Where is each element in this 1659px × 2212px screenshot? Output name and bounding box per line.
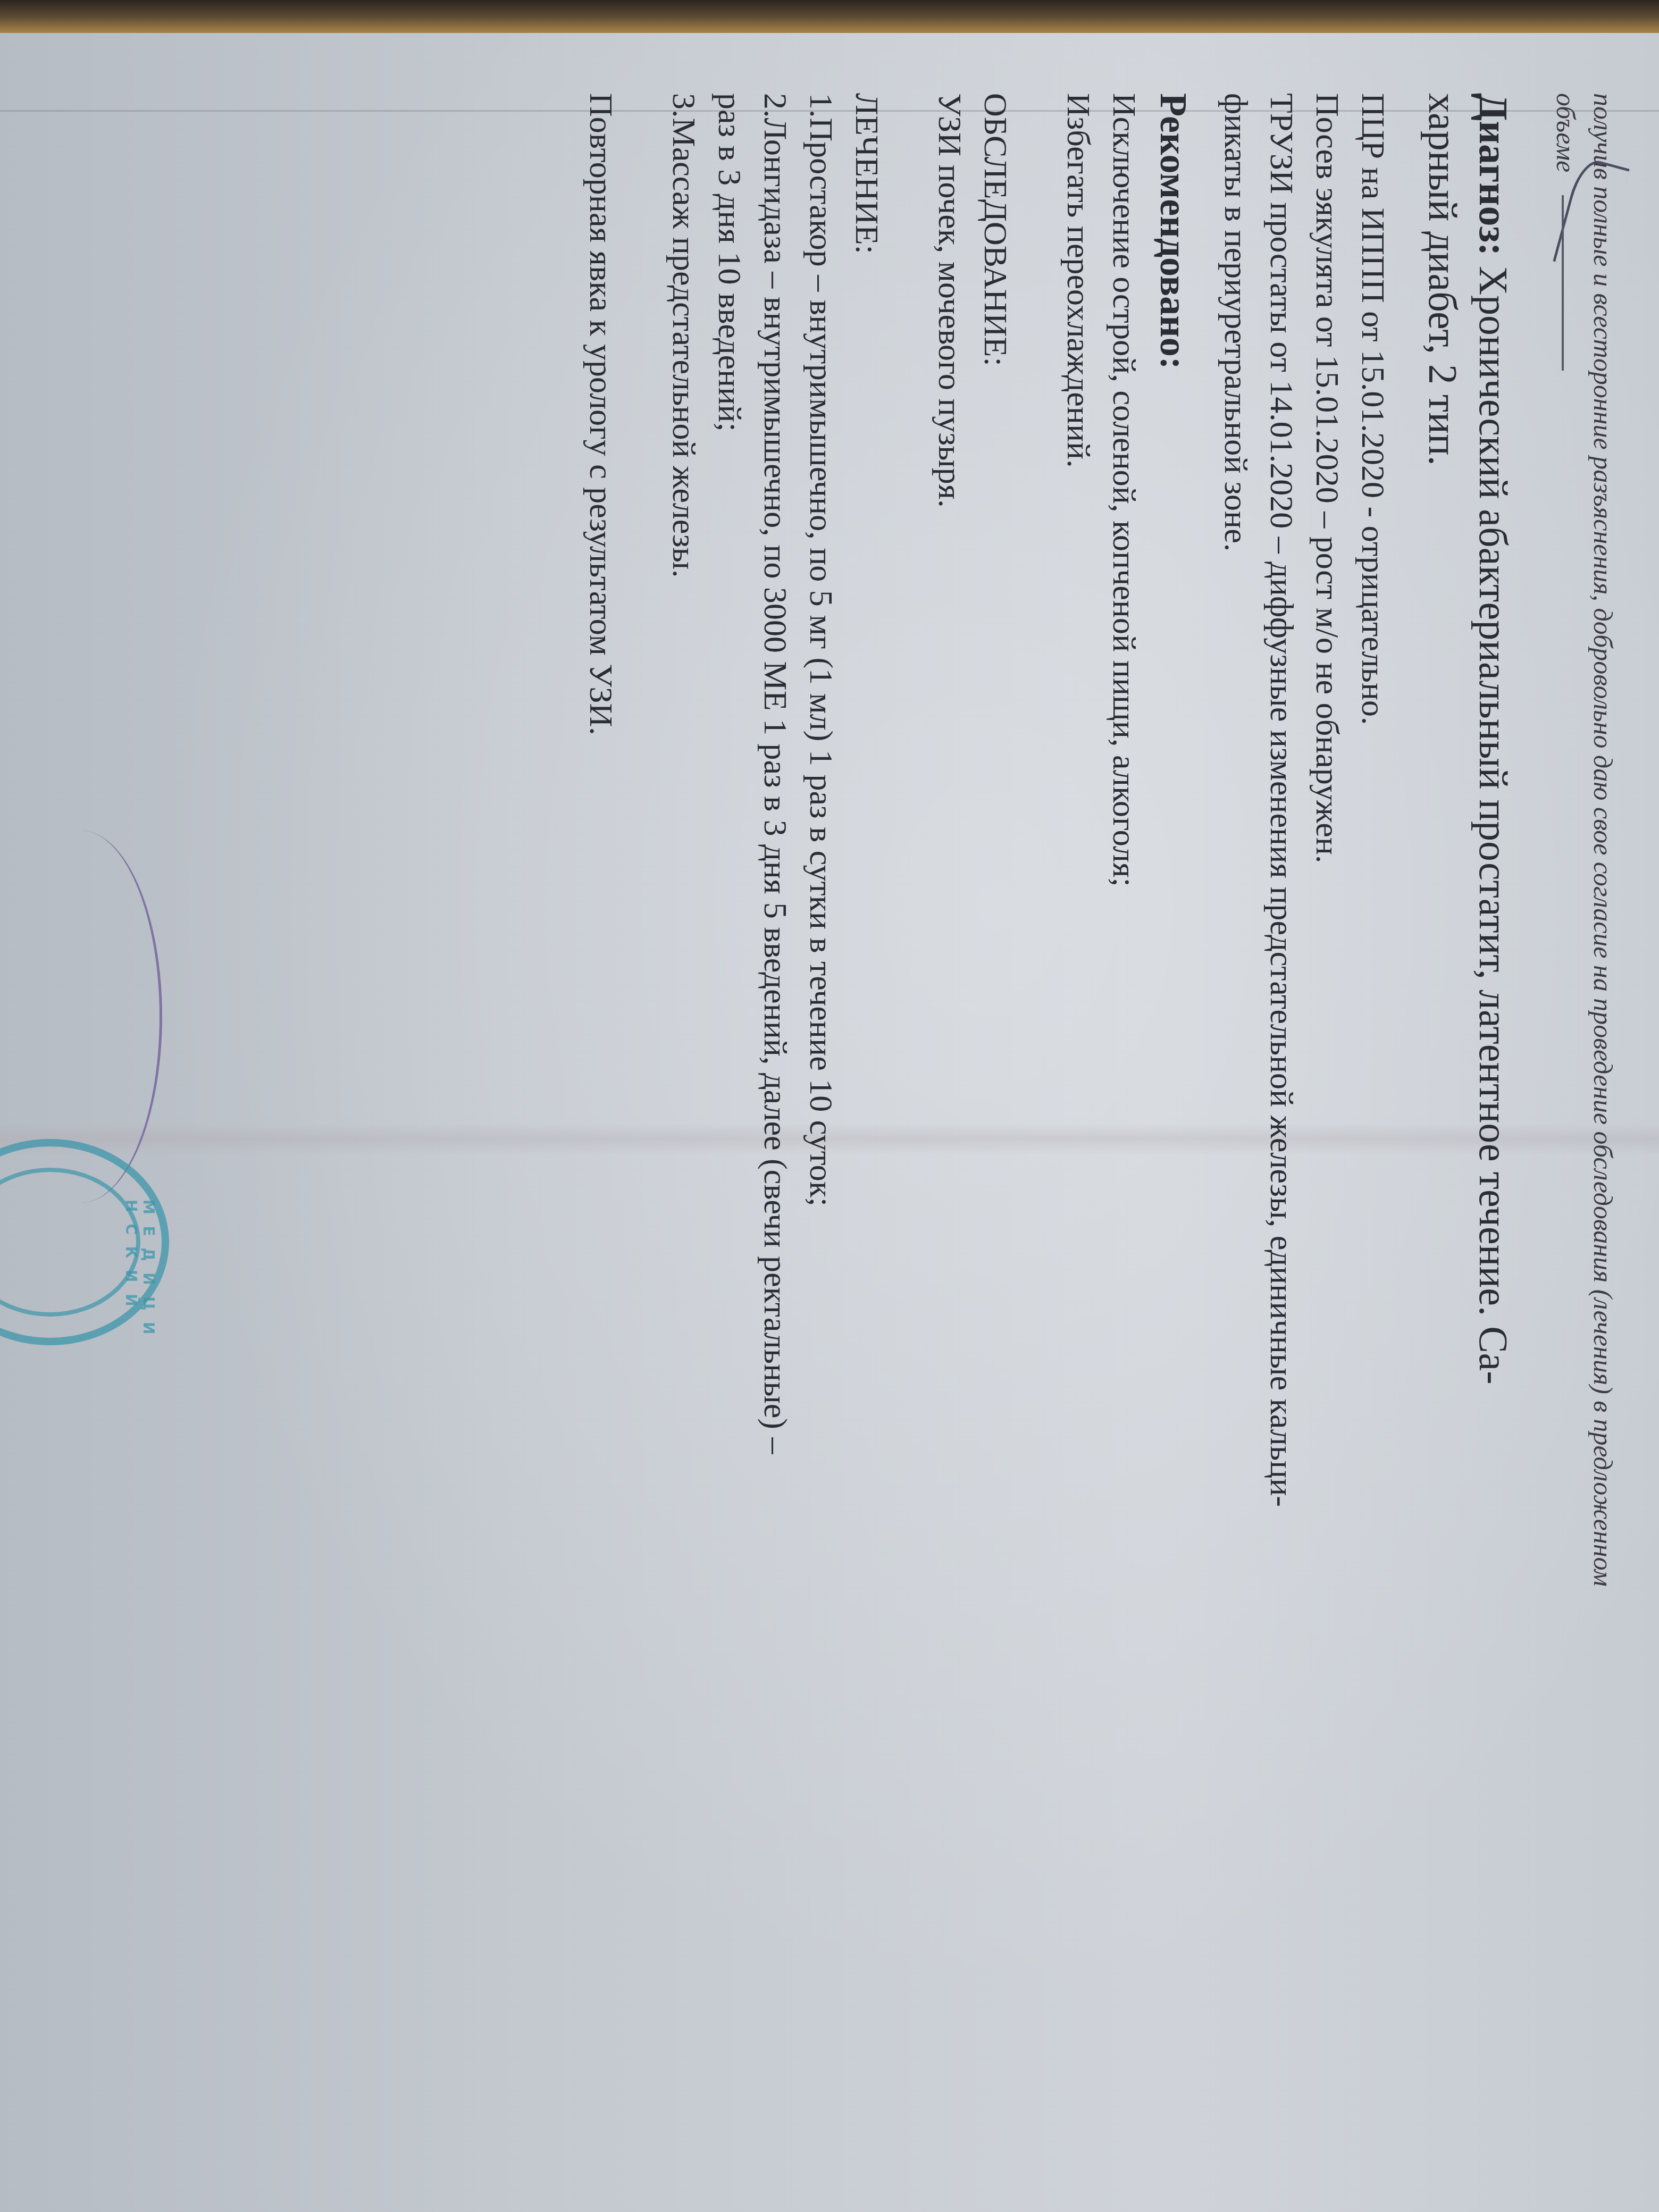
clinic-stamp-icon: М Е Д И Ц И Н С К И Й [0,1139,169,1345]
treatment-item: 1.Простакор – внутримышечно, по 5 мг (1 … [798,93,844,2193]
recommendation-item: Исключение острой, соленой, копченой пищ… [1101,93,1147,2193]
recommended-heading: Рекомендовано: [1147,93,1200,2193]
consent-text: получив полные и всесторонние разъяснени… [1585,93,1622,2193]
treatment-heading: ЛЕЧЕНИЕ: [844,93,890,2193]
stamp-text: М Е Д И Ц И Н С К И Й [122,1200,157,1338]
finding-item: ПЦР на ИППП от 15.01.2020 - отрицательно… [1350,93,1396,2193]
document-content: получив полные и всесторонние разъяснени… [578,93,1622,2193]
finding-item: ТРУЗИ простаты от 14.01.2020 – диффузные… [1259,93,1304,2193]
recommendation-item: Избегать переохлаждений. [1055,93,1101,2193]
diagnosis-text: Хронический абактериальный простатит, ла… [1471,256,1515,1384]
treatment-item: 3.Массаж предстательной железы. [661,93,707,2193]
examination-heading: ОБСЛЕДОВАНИЕ: [973,93,1018,2193]
findings-list: ПЦР на ИППП от 15.01.2020 - отрицательно… [1213,93,1396,2193]
signature-line [1562,195,1564,371]
treatment-item: 2.Лонгидаза – внутримышечно, по 3000 МЕ … [752,93,798,2193]
treatment-item: раз в 3 дня 10 введений; [707,93,752,2193]
finding-item: Посев эякулята от 15.01.2020 – рост м/о … [1304,93,1350,2193]
examination-text: УЗИ почек, мочевого пузыря. [927,93,973,2193]
finding-item: фикаты в периуретральной зоне. [1213,93,1259,2193]
diagnosis: Диагноз: Хронический абактериальный прос… [1417,93,1518,2193]
diagnosis-text-continued: харный диабет, 2 тип. [1417,93,1468,2193]
table-surface [0,0,1659,37]
consent-block: получив полные и всесторонние разъяснени… [1547,93,1622,2193]
diagnosis-label: Диагноз: [1471,93,1515,256]
follow-up-note: Повторная явка к урологу с результатом У… [578,93,624,2193]
consent-text-end: объеме [1551,93,1581,172]
